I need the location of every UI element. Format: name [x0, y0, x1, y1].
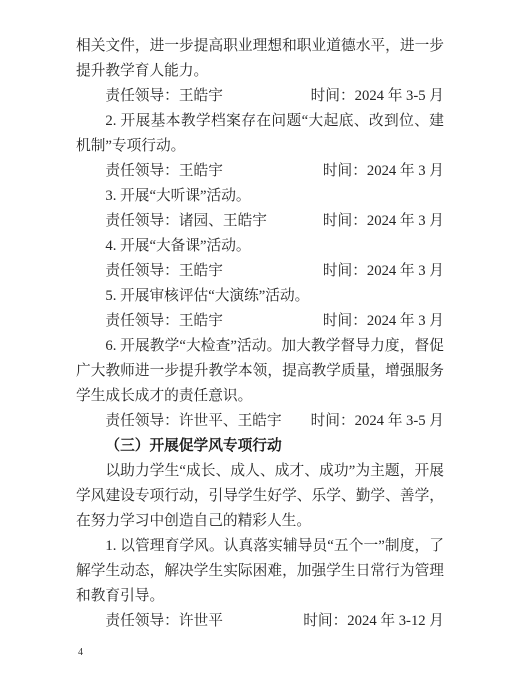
time-label: 时间：2024 年 3-5 月: [311, 84, 444, 109]
section-heading: （三）开展促学风专项行动: [76, 434, 444, 459]
leader-label: 责任领导：诸园、王皓宇: [105, 209, 267, 234]
leader-label: 责任领导：许世平: [105, 609, 223, 634]
time-label: 时间：2024 年 3-12 月: [303, 609, 444, 634]
paragraph: 5. 开展审核评估“大演练”活动。: [76, 284, 444, 309]
leader-label: 责任领导：王皓宇: [105, 309, 223, 334]
paragraph: 以助力学生“成长、成人、成才、成功”为主题，开展学风建设专项行动，引导学生好学、…: [76, 459, 444, 534]
document-body: 相关文件，进一步提高职业理想和职业道德水平，进一步提升教学育人能力。责任领导：王…: [76, 34, 444, 634]
time-label: 时间：2024 年 3 月: [323, 309, 444, 334]
leader-line: 责任领导：许世平时间：2024 年 3-12 月: [76, 609, 444, 634]
page-number: 4: [78, 646, 83, 660]
leader-label: 责任领导：王皓宇: [105, 259, 223, 284]
leader-label: 责任领导：王皓宇: [105, 84, 223, 109]
leader-line: 责任领导：王皓宇时间：2024 年 3 月: [76, 309, 444, 334]
time-label: 时间：2024 年 3 月: [323, 259, 444, 284]
leader-line: 责任领导：王皓宇时间：2024 年 3 月: [76, 259, 444, 284]
paragraph: 4. 开展“大备课”活动。: [76, 234, 444, 259]
leader-label: 责任领导：许世平、王皓宇: [105, 409, 281, 434]
leader-line: 责任领导：王皓宇时间：2024 年 3-5 月: [76, 84, 444, 109]
time-label: 时间：2024 年 3-5 月: [311, 409, 444, 434]
leader-line: 责任领导：王皓宇时间：2024 年 3 月: [76, 159, 444, 184]
leader-line: 责任领导：许世平、王皓宇时间：2024 年 3-5 月: [76, 409, 444, 434]
paragraph: 6. 开展教学“大检查”活动。加大教学督导力度，督促广大教师进一步提升教学本领，…: [76, 334, 444, 409]
time-label: 时间：2024 年 3 月: [323, 209, 444, 234]
document-page: 相关文件，进一步提高职业理想和职业道德水平，进一步提升教学育人能力。责任领导：王…: [0, 0, 518, 685]
paragraph: 2. 开展基本教学档案存在问题“大起底、改到位、建机制”专项行动。: [76, 109, 444, 159]
leader-label: 责任领导：王皓宇: [105, 159, 223, 184]
paragraph: 3. 开展“大听课”活动。: [76, 184, 444, 209]
time-label: 时间：2024 年 3 月: [323, 159, 444, 184]
paragraph: 1. 以管理育学风。认真落实辅导员“五个一”制度，了解学生动态，解决学生实际困难…: [76, 534, 444, 609]
leader-line: 责任领导：诸园、王皓宇时间：2024 年 3 月: [76, 209, 444, 234]
paragraph: 相关文件，进一步提高职业理想和职业道德水平，进一步提升教学育人能力。: [76, 34, 444, 84]
